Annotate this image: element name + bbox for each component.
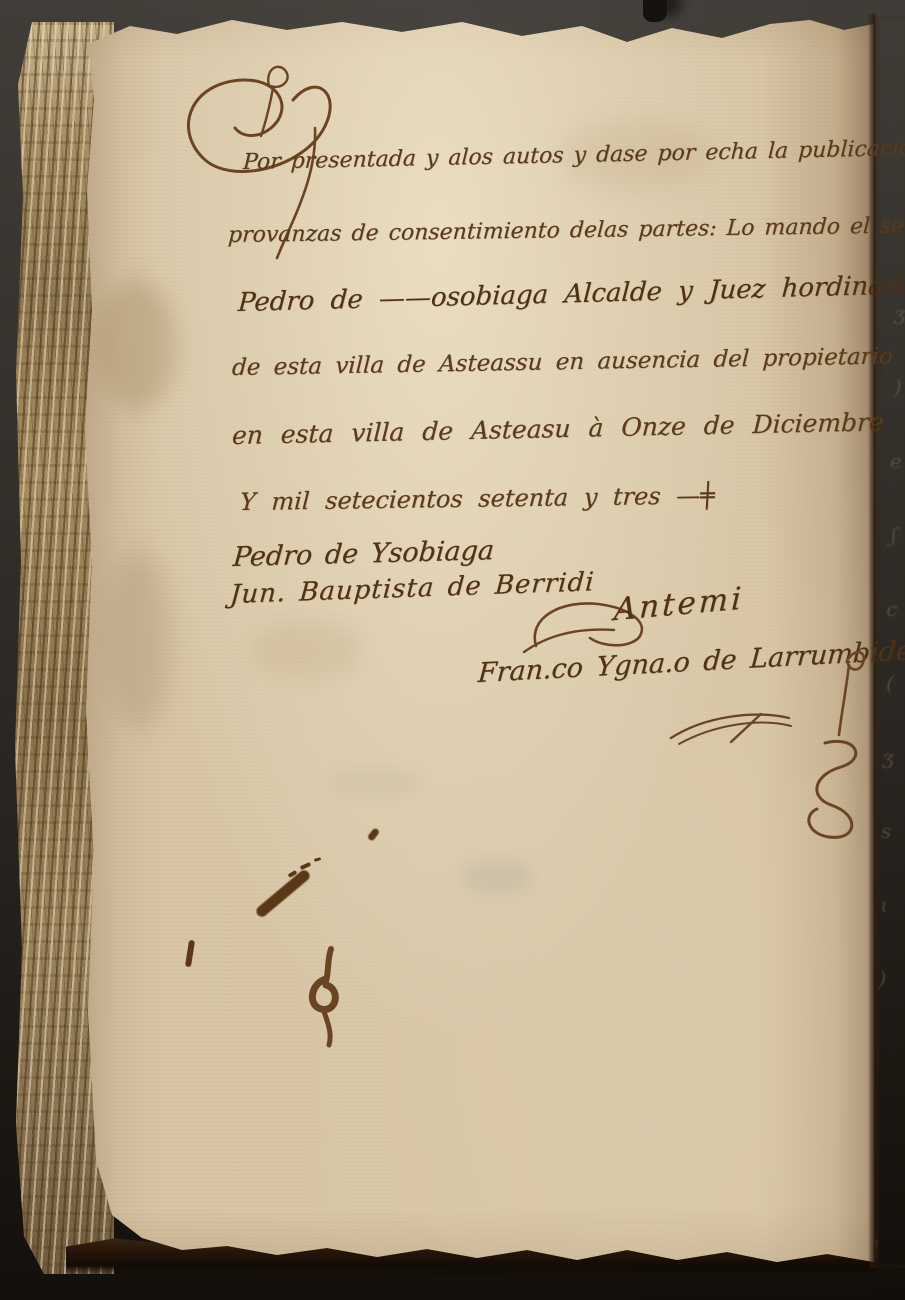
signature-strike-scribble (665, 700, 795, 750)
ink-stroke-mark (185, 940, 195, 968)
ink-speck (314, 857, 322, 862)
handwriting-layer: Por presentada y alos autos y dase por e… (0, 0, 905, 1300)
ink-speck (367, 827, 381, 842)
ink-speck (300, 862, 312, 870)
ink-smear (254, 868, 312, 919)
signature-rubric-loop (795, 645, 880, 840)
manuscript-line: Y mil setecientos setenta y tres —╪ (239, 481, 715, 516)
manuscript-line: de esta villa de Asteassu en ausencia de… (231, 343, 893, 381)
manuscript-line: Pedro de ——osobiaga Alcalde y Juez hordi… (237, 270, 905, 318)
signature-pedro-de-ysobiaga: Pedro de Ysobiaga (232, 535, 495, 573)
ink-blot-p-shape (303, 945, 351, 1047)
manuscript-photo: ʒ ) e ʃ c ( ʒ s ɩ ) Por presentada y alo… (0, 0, 905, 1300)
manuscript-line: en esta villa de Asteasu à Onze de Dicie… (231, 407, 884, 450)
